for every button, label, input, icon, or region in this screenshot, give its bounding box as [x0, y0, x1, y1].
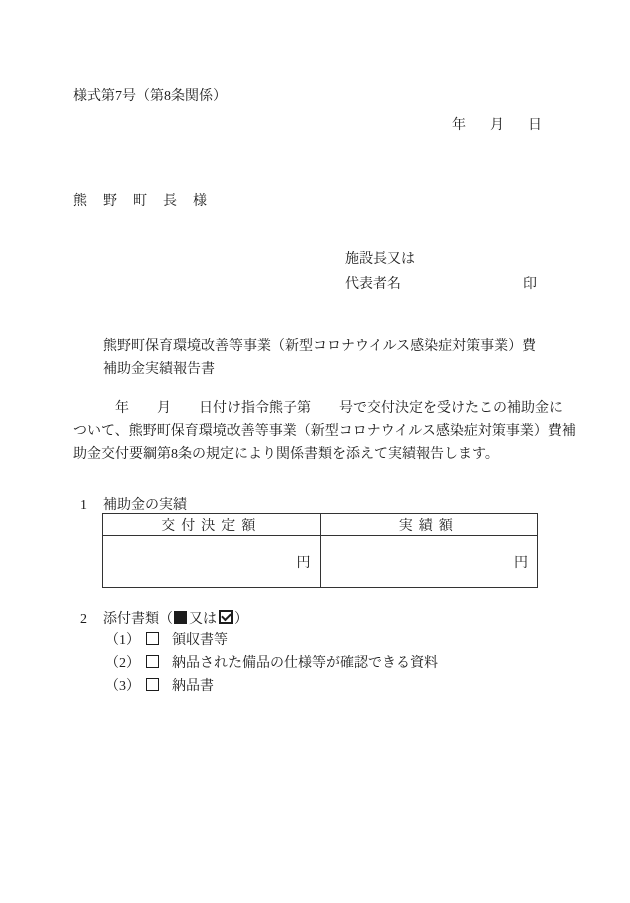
checklist-item-1: （1）領収書等: [105, 632, 228, 648]
section2-title: 添付書類: [103, 613, 159, 627]
addressee: 熊 野 町 長 様: [73, 195, 208, 209]
document-title: 熊野町保育環境改善等事業（新型コロナウイルス感染症対策事業）費 補助金実績報告書: [103, 335, 536, 381]
checklist-item-2: （2）納品された備品の仕様等が確認できる資料: [105, 655, 438, 671]
section2-paren-close: ）: [234, 613, 248, 627]
signer-role-line2: 代表者名: [345, 278, 401, 292]
date-day-label: 日: [528, 119, 542, 133]
date-month-label: 月: [490, 119, 504, 133]
section2-paren-open: （: [159, 613, 173, 627]
section2-heading: 2添付書類（又は）: [80, 610, 248, 627]
col-header-grant-decision-amount: 交付決定額: [103, 514, 321, 536]
section2-number: 2: [80, 613, 87, 627]
amounts-table-header-row: 交付決定額 実績額: [103, 514, 538, 536]
document-page: 様式第7号（第8条関係） 年 月 日 熊 野 町 長 様 施設長又は 代表者名 …: [0, 0, 630, 903]
body-line-2: ついて、熊野町保育環境改善等事業（新型コロナウイルス感染症対策事業）費補: [73, 420, 576, 443]
checked-checkbox-icon: [219, 610, 233, 624]
checklist-item-1-number: （1）: [105, 634, 140, 648]
form-number: 様式第7号（第8条関係）: [73, 90, 227, 104]
date-line: 年 月 日: [452, 119, 542, 133]
col-header-actual-amount: 実績額: [320, 514, 538, 536]
checklist-item-3-number: （3）: [105, 680, 140, 694]
body-line-3: 助金交付要綱第8条の規定により関係書類を添えて実績報告します。: [73, 443, 576, 466]
checklist-item-3-label: 納品書: [172, 680, 214, 694]
body-line-1: 年 月 日付け指令熊子第 号で交付決定を受けたこの補助金に: [73, 397, 576, 420]
checklist-item-1-checkbox-icon: [146, 632, 159, 645]
filled-square-icon: [174, 611, 187, 624]
document-title-line1: 熊野町保育環境改善等事業（新型コロナウイルス感染症対策事業）費: [103, 335, 536, 358]
checklist-item-2-number: （2）: [105, 657, 140, 671]
grant-decision-amount-cell: 円: [103, 536, 321, 588]
date-year-label: 年: [452, 119, 466, 133]
amounts-table-value-row: 円 円: [103, 536, 538, 588]
section1-heading: 1補助金の実績: [80, 499, 187, 513]
amounts-table: 交付決定額 実績額 円 円: [102, 513, 538, 588]
checklist-item-3: （3）納品書: [105, 678, 214, 694]
body-paragraph: 年 月 日付け指令熊子第 号で交付決定を受けたこの補助金に ついて、熊野町保育環…: [73, 397, 576, 466]
document-title-line2: 補助金実績報告書: [103, 358, 536, 381]
signer-role-line1: 施設長又は: [345, 253, 415, 267]
section1-title: 補助金の実績: [103, 498, 187, 513]
checklist-item-2-checkbox-icon: [146, 655, 159, 668]
checklist-item-1-label: 領収書等: [172, 634, 228, 648]
checklist-item-3-checkbox-icon: [146, 678, 159, 691]
checklist-item-2-label: 納品された備品の仕様等が確認できる資料: [172, 657, 438, 671]
actual-amount-cell: 円: [320, 536, 538, 588]
section1-number: 1: [80, 499, 87, 513]
seal-mark: 印: [523, 278, 537, 292]
section2-or-text: 又は: [189, 613, 217, 627]
